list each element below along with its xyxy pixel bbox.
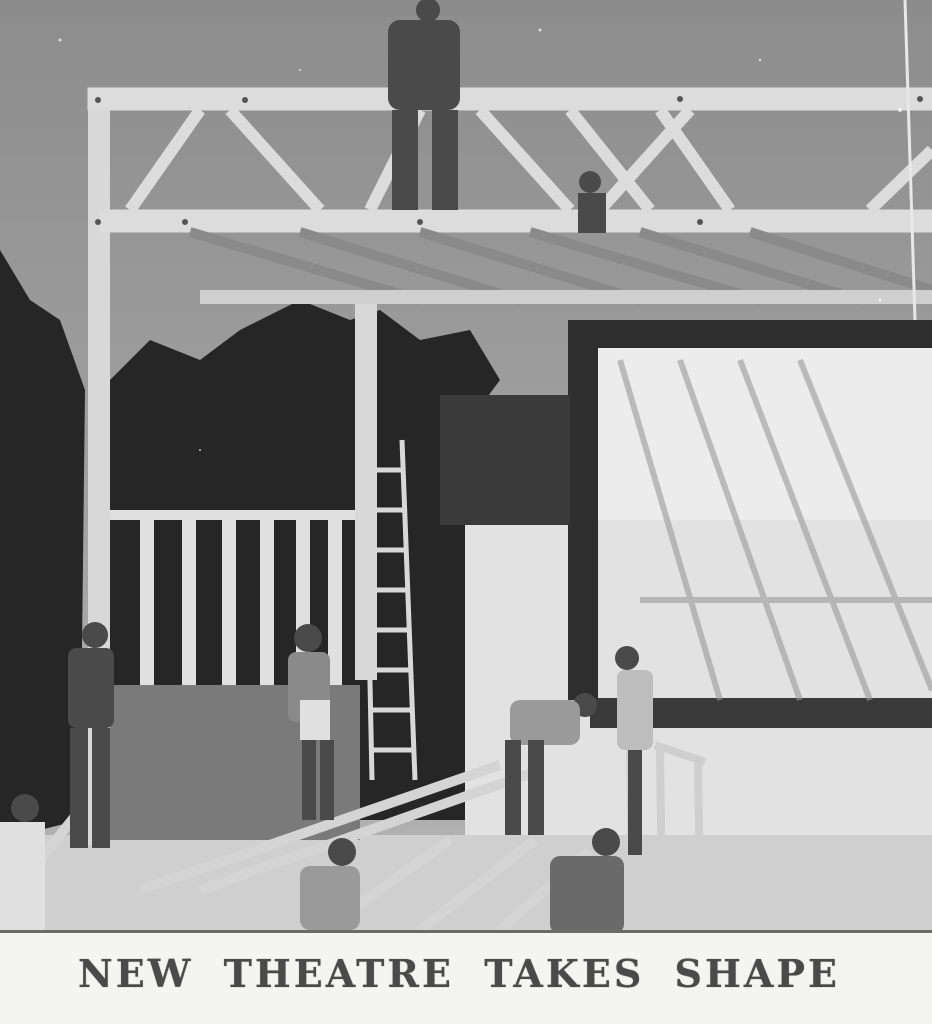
screen-frame (570, 320, 932, 348)
dark-box (440, 395, 570, 525)
photograph (0, 0, 932, 935)
caption-text: NEW THEATRE TAKES SHAPE (78, 951, 838, 996)
caption-strip: NEW THEATRE TAKES SHAPE (0, 930, 932, 1024)
floor (40, 835, 932, 935)
